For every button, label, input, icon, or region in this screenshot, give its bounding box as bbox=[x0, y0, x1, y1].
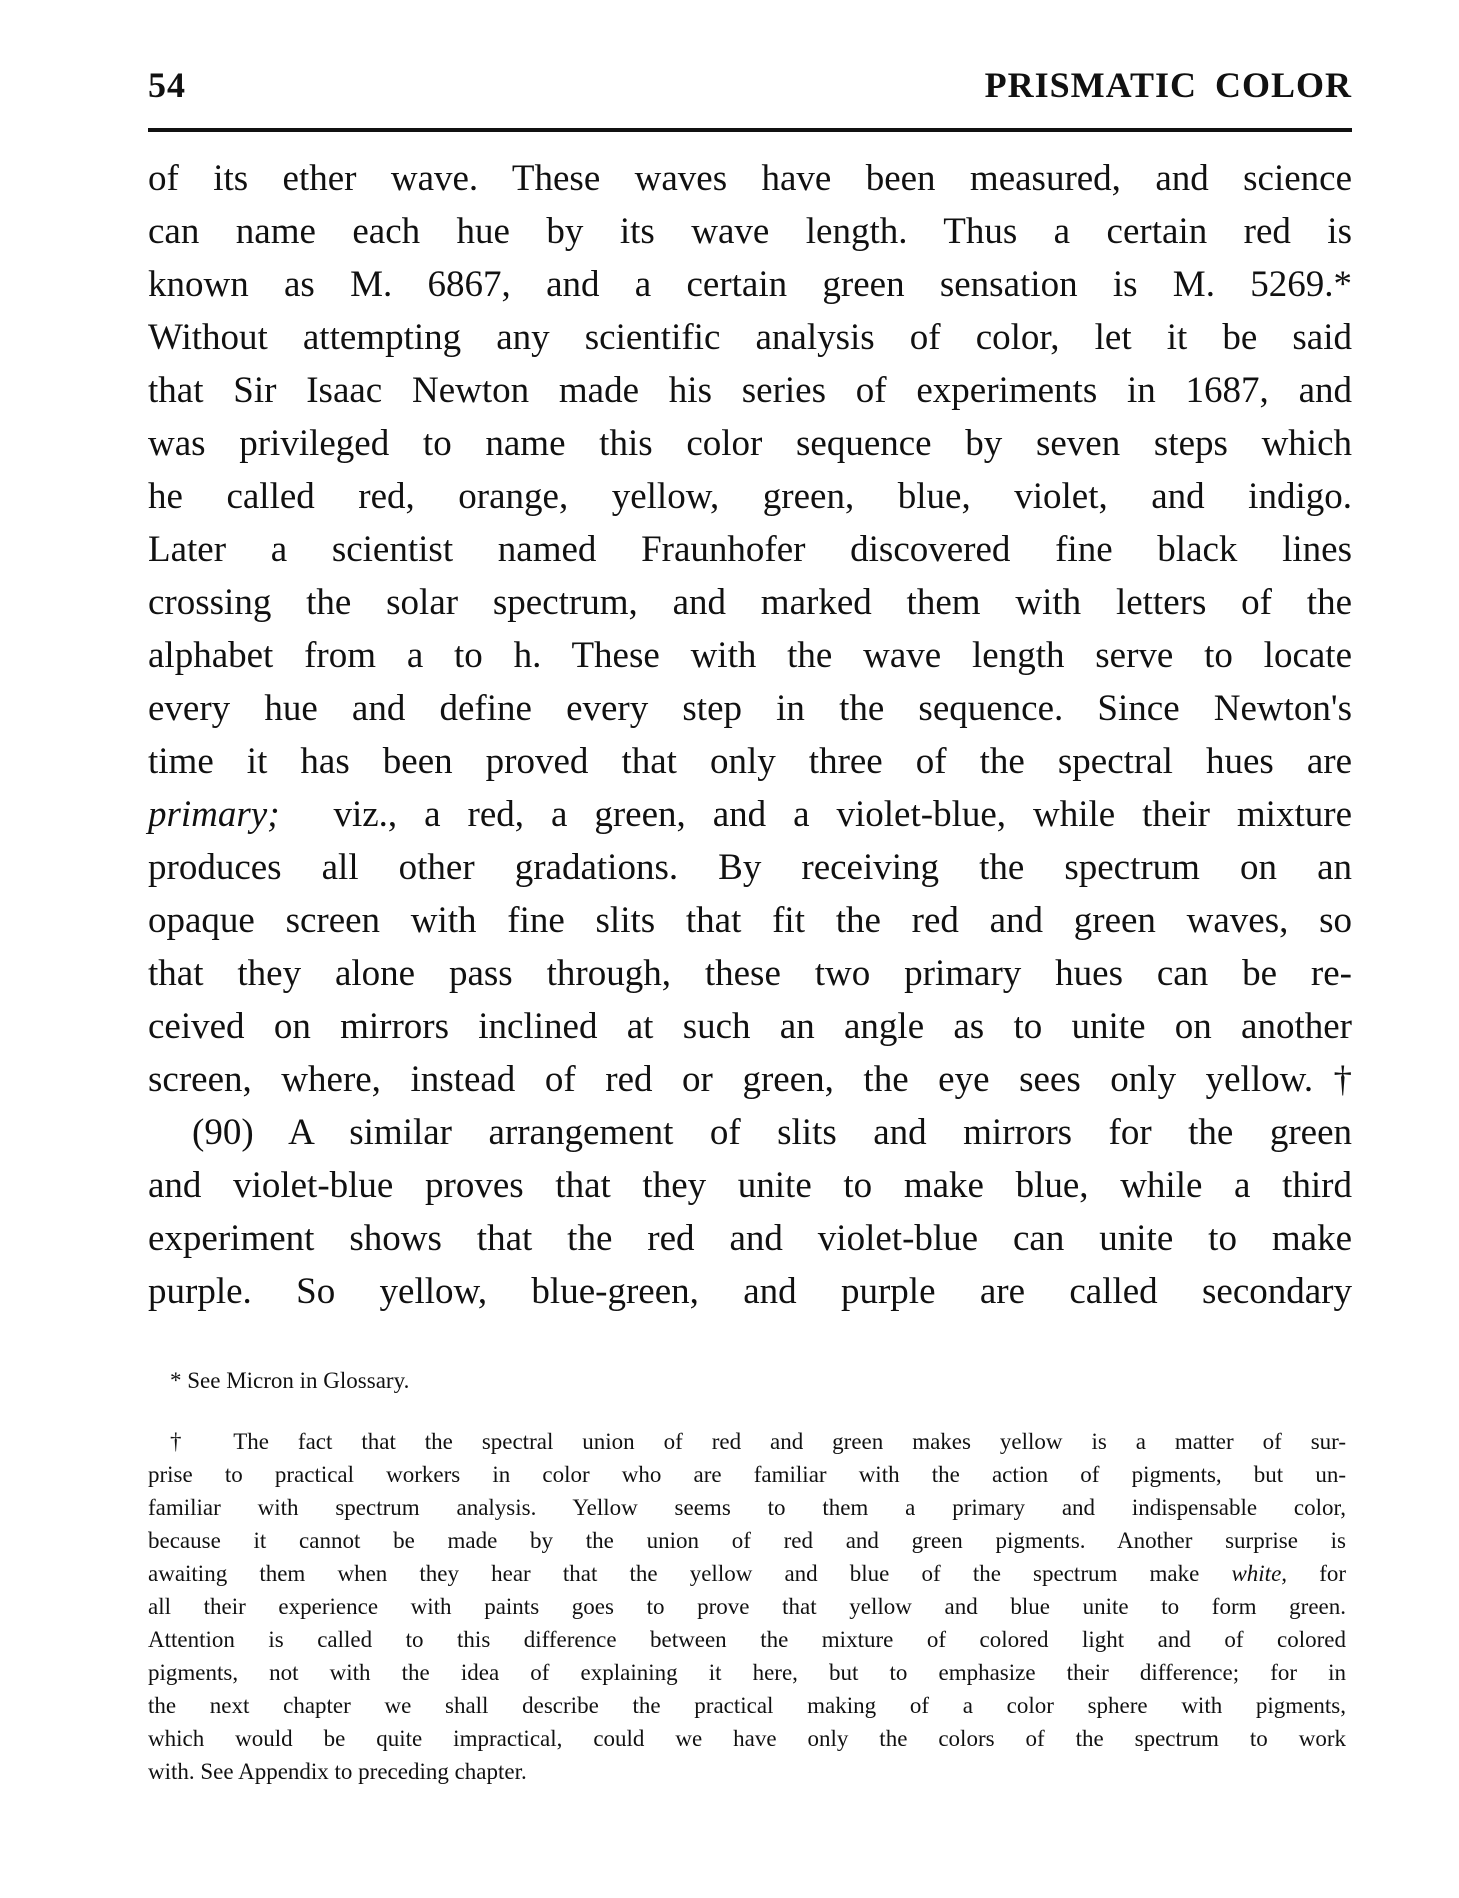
header-rule bbox=[148, 128, 1352, 132]
body-line: and violet-blue proves that they unite t… bbox=[148, 1159, 1352, 1212]
body-line: crossing the solar spectrum, and marked … bbox=[148, 576, 1352, 629]
footnote-text: for bbox=[1319, 1561, 1346, 1586]
footnote-dagger-line: all their experience with paints goes to… bbox=[148, 1590, 1346, 1623]
body-line: Later a scientist named Fraunhofer disco… bbox=[148, 523, 1352, 576]
body-line: alphabet from a to h. These with the wav… bbox=[148, 629, 1352, 682]
footnote-text: awaiting them when they hear that the ye… bbox=[148, 1561, 1199, 1586]
footnote-dagger-line: with. See Appendix to preceding chapter. bbox=[148, 1755, 1346, 1788]
footnote-gap bbox=[148, 1397, 1346, 1425]
body-line: was privileged to name this color sequen… bbox=[148, 417, 1352, 470]
body-line: that Sir Isaac Newton made his series of… bbox=[148, 364, 1352, 417]
body-line: Without attempting any scientific analys… bbox=[148, 311, 1352, 364]
body-line: produces all other gradations. By receiv… bbox=[148, 841, 1352, 894]
footnote-dagger-line: † The fact that the spectral union of re… bbox=[148, 1425, 1346, 1458]
body-line: known as M. 6867, and a certain green se… bbox=[148, 258, 1352, 311]
body-line: every hue and define every step in the s… bbox=[148, 682, 1352, 735]
footnote-dagger-line: familiar with spectrum analysis. Yellow … bbox=[148, 1491, 1346, 1524]
body-line: ceived on mirrors inclined at such an an… bbox=[148, 1000, 1352, 1053]
body-line: screen, where, instead of red or green, … bbox=[148, 1053, 1352, 1106]
body-line: can name each hue by its wave length. Th… bbox=[148, 205, 1352, 258]
body-line: time it has been proved that only three … bbox=[148, 735, 1352, 788]
body-line: experiment shows that the red and violet… bbox=[148, 1212, 1352, 1265]
footnote-dagger-line: which would be quite impractical, could … bbox=[148, 1722, 1346, 1755]
footnote-dagger-line-with-italic: awaiting them when they hear that the ye… bbox=[148, 1557, 1346, 1590]
footnote-dagger-line: prise to practical workers in color who … bbox=[148, 1458, 1346, 1491]
body-line: opaque screen with fine slits that fit t… bbox=[148, 894, 1352, 947]
body-line: of its ether wave. These waves have been… bbox=[148, 152, 1352, 205]
body-line: he called red, orange, yellow, green, bl… bbox=[148, 470, 1352, 523]
footnote-dagger-line: because it cannot be made by the union o… bbox=[148, 1524, 1346, 1557]
italic-term: white, bbox=[1231, 1561, 1287, 1586]
body-line-with-italic: primary; viz., a red, a green, and a vio… bbox=[148, 788, 1352, 841]
page-number: 54 bbox=[148, 64, 186, 106]
running-head: 54 PRISMATIC COLOR bbox=[148, 64, 1352, 112]
paragraph-90-start: (90) A similar arrangement of slits and … bbox=[148, 1106, 1352, 1159]
footnotes: * See Micron in Glossary. † The fact tha… bbox=[148, 1364, 1346, 1788]
running-title: PRISMATIC COLOR bbox=[985, 64, 1352, 106]
italic-term: primary; bbox=[148, 794, 280, 835]
body-text: of its ether wave. These waves have been… bbox=[148, 152, 1352, 1318]
footnote-dagger-line: pigments, not with the idea of explainin… bbox=[148, 1656, 1346, 1689]
footnote-dagger-line: the next chapter we shall describe the p… bbox=[148, 1689, 1346, 1722]
body-line-rest: viz., a red, a green, and a violet-blue,… bbox=[333, 794, 1352, 835]
footnote-star: * See Micron in Glossary. bbox=[148, 1364, 1346, 1397]
body-line: purple. So yellow, blue-green, and purpl… bbox=[148, 1265, 1352, 1318]
body-line: that they alone pass through, these two … bbox=[148, 947, 1352, 1000]
footnote-dagger-line: Attention is called to this difference b… bbox=[148, 1623, 1346, 1656]
